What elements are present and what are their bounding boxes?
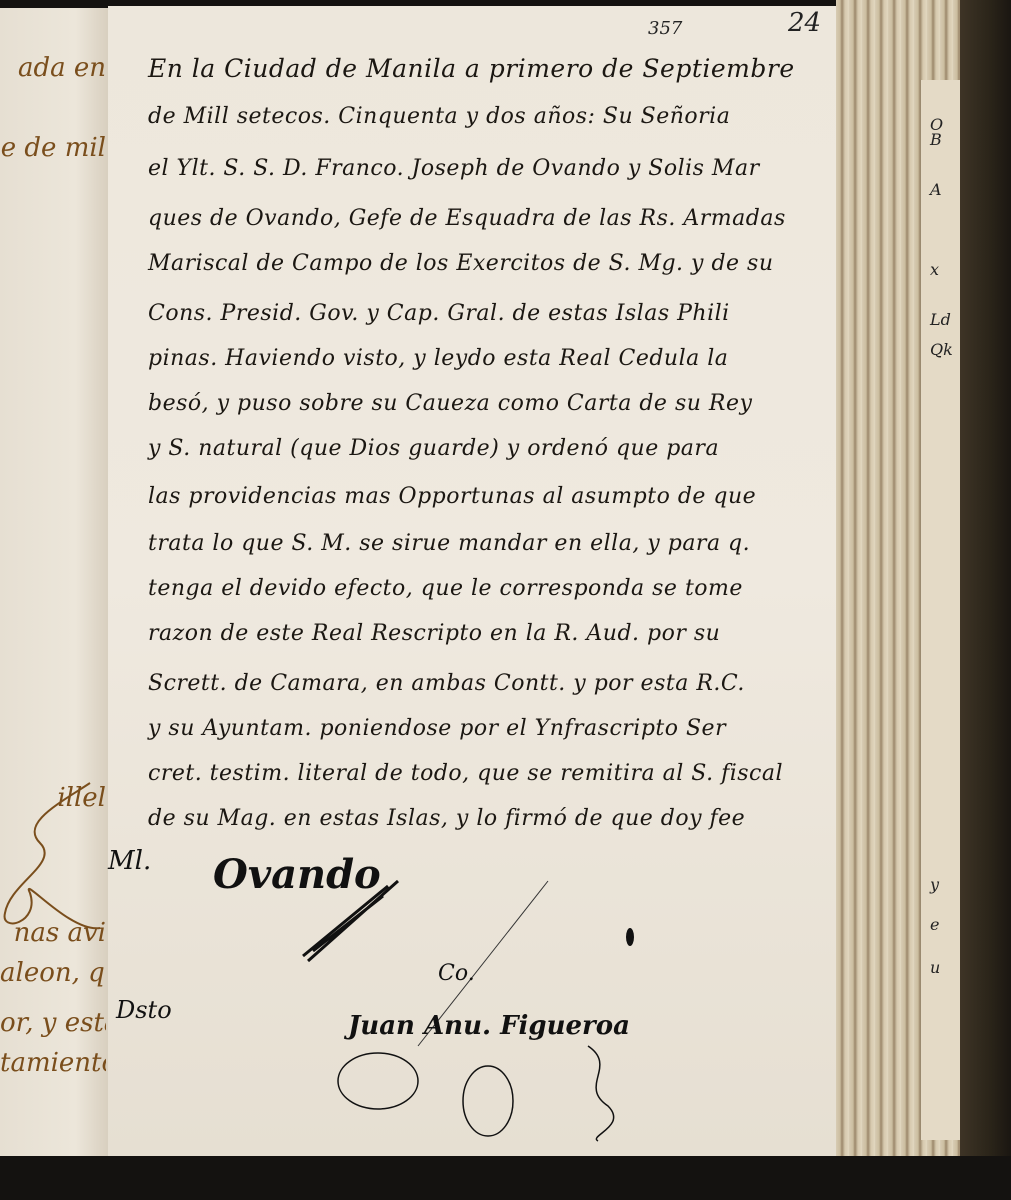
ink-blot xyxy=(626,928,634,946)
text-line-5: Mariscal de Campo de los Exercitos de S.… xyxy=(148,251,828,276)
left-fragment-1: ada en xyxy=(0,53,106,83)
text-line-6: Cons. Presid. Gov. y Cap. Gral. de estas… xyxy=(148,301,828,326)
text-line-9: y S. natural (que Dios guarde) y ordenó … xyxy=(148,436,828,461)
text-line-16: cret. testim. literal de todo, que se re… xyxy=(148,761,828,786)
tab-letter: Qk xyxy=(930,340,953,359)
tab-letter: e xyxy=(930,915,939,934)
text-line-13: razon de este Real Rescripto en la R. Au… xyxy=(148,621,828,646)
left-fragment-6: or, y esta xyxy=(0,1008,106,1038)
rubric-flourish-icon xyxy=(288,876,408,966)
signature-dsto: Dsto xyxy=(116,996,172,1024)
left-page: ada en e de mil illel nas avi aleon, que… xyxy=(0,8,110,1156)
left-fragment-7: tamiento xyxy=(0,1048,106,1078)
left-fragment-5: aleon, que xyxy=(0,958,106,988)
book-cover-edge xyxy=(960,0,1011,1200)
notary-prefix: Co. xyxy=(438,961,475,986)
main-page: 357 24 En la Ciudad de Manila a primero … xyxy=(108,6,837,1159)
text-line-12: tenga el devido efecto, que le correspon… xyxy=(148,576,828,601)
text-line-17: de su Mag. en estas Islas, y lo firmó de… xyxy=(148,806,828,831)
tab-letter: x xyxy=(930,260,939,279)
text-line-7: pinas. Haviendo visto, y leydo esta Real… xyxy=(148,346,828,371)
text-line-8: besó, y puso sobre su Caueza como Carta … xyxy=(148,391,828,416)
tab-letter: A xyxy=(930,180,942,199)
text-line-2: de Mill setecos. Cinquenta y dos años: S… xyxy=(148,104,828,129)
text-line-1: En la Ciudad de Manila a primero de Sept… xyxy=(148,54,828,83)
index-tab xyxy=(920,80,961,1140)
notary-rubric-icon xyxy=(298,1036,638,1146)
left-fragment-4: nas avi xyxy=(0,918,106,948)
tab-letter: y xyxy=(930,875,939,894)
text-line-14: Scrett. de Camara, en ambas Contt. y por… xyxy=(148,671,828,696)
left-fragment-2: e de mil xyxy=(0,133,106,163)
folio-number-left: 357 xyxy=(648,18,682,39)
text-line-10: las providencias mas Opportunas al asump… xyxy=(148,484,828,509)
text-line-11: trata lo que S. M. se sirue mandar en el… xyxy=(148,531,828,556)
margin-mark: Ml. xyxy=(108,846,151,876)
text-line-3: el Ylt. S. S. D. Franco. Joseph de Ovand… xyxy=(148,156,828,181)
text-line-4: ques de Ovando, Gefe de Esquadra de las … xyxy=(148,206,828,231)
tab-letter: Ld xyxy=(930,310,951,329)
background-bottom xyxy=(0,1156,1011,1200)
folio-number-right: 24 xyxy=(788,8,821,38)
text-line-15: y su Ayuntam. poniendose por el Ynfrascr… xyxy=(148,716,828,741)
tab-letter: B xyxy=(930,130,942,149)
tab-letter: u xyxy=(930,958,940,977)
